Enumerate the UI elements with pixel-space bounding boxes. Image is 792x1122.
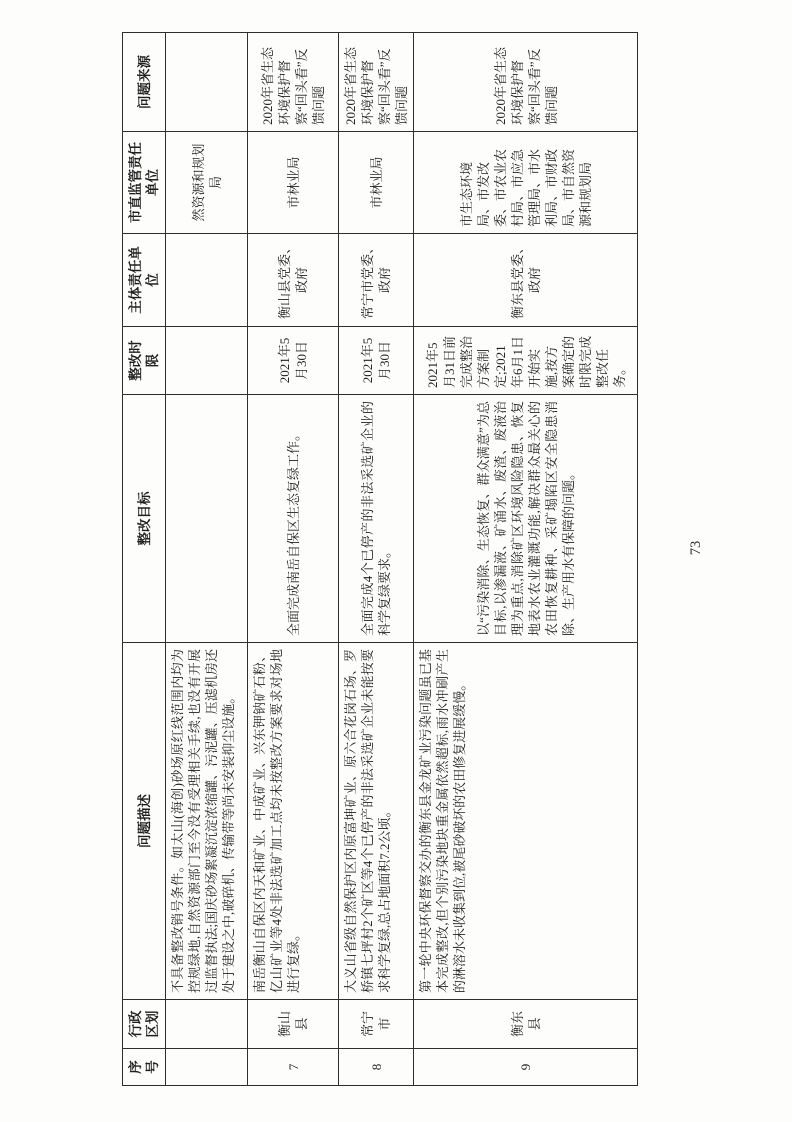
table-row-7: 7 衡山县 南岳衡山自保区内天和矿业、中成矿业、兴东钾钠矿石粉、亿山矿业等4处非… xyxy=(248,33,339,1086)
cell-supervising-unit: 市林业局 xyxy=(339,132,414,234)
cell-problem-source: 2020年省生态环境保护督察“回头看”反馈问题 xyxy=(414,33,638,132)
cell-region: 衡东县 xyxy=(414,1000,638,1049)
header-supervising-unit: 市直监管责任单位 xyxy=(123,132,166,234)
cell-target: 以“污染消除、生态恢复、群众满意”为总目标,以渗漏液、矿涌水、废渣、废液治理为重… xyxy=(414,395,638,643)
scanned-document-page: 序号 行政区划 问题描述 整改目标 整改时限 主体责任单位 市直监管责任单位 问… xyxy=(0,0,792,1122)
header-seq: 序号 xyxy=(123,1049,166,1086)
table-header-row: 序号 行政区划 问题描述 整改目标 整改时限 主体责任单位 市直监管责任单位 问… xyxy=(123,33,166,1086)
page-number: 73 xyxy=(688,526,705,570)
cell-responsible-unit: 衡东县党委、政府 xyxy=(414,234,638,327)
cell-deadline xyxy=(166,327,248,395)
cell-problem: 南岳衡山自保区内天和矿业、中成矿业、兴东钾钠矿石粉、亿山矿业等4处非法选矿加工点… xyxy=(248,643,339,1000)
header-deadline: 整改时限 xyxy=(123,327,166,395)
cell-seq: 7 xyxy=(248,1049,339,1086)
cell-responsible-unit xyxy=(166,234,248,327)
cell-region: 常宁市 xyxy=(339,1000,414,1049)
table-row-8: 8 常宁市 大义山省级自然保护区内原富坤矿业、原六合花岗石场、罗桥镇七坪村2个矿… xyxy=(339,33,414,1086)
cell-problem: 大义山省级自然保护区内原富坤矿业、原六合花岗石场、罗桥镇七坪村2个矿区等4个已停… xyxy=(339,643,414,1000)
cell-deadline: 2021年5月30日 xyxy=(339,327,414,395)
cell-responsible-unit: 衡山县党委、政府 xyxy=(248,234,339,327)
header-problem-source: 问题来源 xyxy=(123,33,166,132)
cell-region xyxy=(166,1000,248,1049)
cell-target xyxy=(166,395,248,643)
cell-supervising-unit: 市生态环境局、市发改委、市农业农村局、市应急管理局、市水利局、市财政局、市自然资… xyxy=(414,132,638,234)
cell-supervising-unit: 然资源和规划局 xyxy=(166,132,248,234)
header-responsible-unit: 主体责任单位 xyxy=(123,234,166,327)
rotated-table-container: 序号 行政区划 问题描述 整改目标 整改时限 主体责任单位 市直监管责任单位 问… xyxy=(122,33,636,1086)
cell-responsible-unit: 常宁市党委、政府 xyxy=(339,234,414,327)
cell-deadline: 2021年5月30日 xyxy=(248,327,339,395)
cell-deadline: 2021年5月31日前完成整治方案制定;2021年6月1日开始实施,按方案确定的… xyxy=(414,327,638,395)
header-region: 行政区划 xyxy=(123,1000,166,1049)
cell-problem: 第一轮中央环保督察交办的衡东县金龙矿业污染问题虽已基本完成整改,但个别污染地块重… xyxy=(414,643,638,1000)
cell-target: 全面完成南岳自保区生态复绿工作。 xyxy=(248,395,339,643)
cell-problem: 不具备整改销号条件。如太山(海创)砂场原红线范围内均为控规绿地,自然资源部门至今… xyxy=(166,643,248,1000)
header-target: 整改目标 xyxy=(123,395,166,643)
cell-problem-source xyxy=(166,33,248,132)
cell-seq: 8 xyxy=(339,1049,414,1086)
cell-region: 衡山县 xyxy=(248,1000,339,1049)
table-row-9: 9 衡东县 第一轮中央环保督察交办的衡东县金龙矿业污染问题虽已基本完成整改,但个… xyxy=(414,33,638,1086)
cell-target: 全面完成4个已停产的非法采选矿企业的科学复绿要求。 xyxy=(339,395,414,643)
cell-seq: 9 xyxy=(414,1049,638,1086)
header-problem: 问题描述 xyxy=(123,643,166,1000)
table-row-continuation: 不具备整改销号条件。如太山(海创)砂场原红线范围内均为控规绿地,自然资源部门至今… xyxy=(166,33,248,1086)
cell-problem-source: 2020年省生态环境保护督察“回头看”反馈问题 xyxy=(248,33,339,132)
cell-seq xyxy=(166,1049,248,1086)
cell-problem-source: 2020年省生态环境保护督察“回头看”反馈问题 xyxy=(339,33,414,132)
cell-supervising-unit: 市林业局 xyxy=(248,132,339,234)
rectification-tasks-table: 序号 行政区划 问题描述 整改目标 整改时限 主体责任单位 市直监管责任单位 问… xyxy=(122,32,638,1086)
